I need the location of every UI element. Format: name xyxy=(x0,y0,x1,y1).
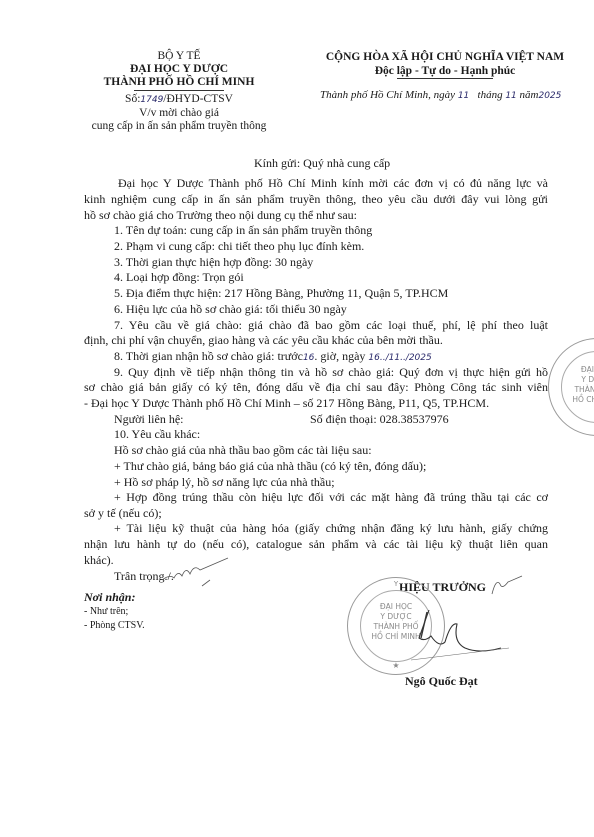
item-6: 6. Hiệu lực của hồ sơ chào giá: tối thiể… xyxy=(114,302,347,317)
item-9-line2: sơ chào giá bản giấy có ký tên, đóng dấu… xyxy=(84,380,548,395)
recipient-2: - Phòng CTSV. xyxy=(84,620,145,631)
initials-signature-icon xyxy=(160,556,230,590)
handwritten-deadline: 16../11../2025 xyxy=(368,353,431,363)
document-number: Số:1749/ĐHYD-CTSV xyxy=(74,93,284,107)
subject-line2: cung cấp in ấn sản phẩm truyền thông xyxy=(74,120,284,133)
national-motto: Độc lập - Tự do - Hạnh phúc xyxy=(300,64,590,78)
ministry-name: BỘ Y TẾ xyxy=(74,50,284,63)
header-right: CỘNG HÒA XÃ HỘI CHỦ NGHĨA VIỆT NAM Độc l… xyxy=(300,50,590,79)
salutation: Kính gửi: Quý nhà cung cấp xyxy=(254,156,390,171)
signer-name: Ngô Quốc Đạt xyxy=(405,674,478,689)
handwritten-signature-icon xyxy=(405,608,515,668)
intro-line1: Đại học Y Dược Thành phố Hồ Chí Minh kín… xyxy=(84,176,548,191)
header-divider xyxy=(134,90,224,91)
recipients-title: Nơi nhận: xyxy=(84,590,135,605)
item-10-d-line3: khác). xyxy=(84,553,114,568)
item-9-line3: - Đại học Y Dược Thành phố Hồ Chí Minh –… xyxy=(84,396,489,411)
handwritten-number: 1749 xyxy=(140,95,163,105)
subject-line1: V/v mời chào giá xyxy=(74,107,284,120)
item-8: 8. Thời gian nhận hồ sơ chào giá: trước1… xyxy=(114,349,432,364)
document-date: Thành phố Hồ Chí Minh, ngày 11 tháng 11 … xyxy=(320,89,561,101)
university-name-line2: THÀNH PHỐ HỒ CHÍ MINH xyxy=(74,76,284,89)
item-10: 10. Yêu cầu khác: xyxy=(114,427,200,442)
item-9-line1: 9. Quy định về tiếp nhận thông tin và hồ… xyxy=(84,365,548,380)
item-10-intro: Hồ sơ chào giá của nhà thầu bao gồm các … xyxy=(114,443,372,458)
item-1: 1. Tên dự toán: cung cấp in ấn sản phẩm … xyxy=(114,223,372,238)
item-10-d-line1: + Tài liệu kỹ thuật của hàng hóa (giấy c… xyxy=(84,521,548,536)
handwritten-hour: 16 xyxy=(303,353,314,363)
item-3: 3. Thời gian thực hiện hợp đồng: 30 ngày xyxy=(114,255,313,270)
item-5: 5. Địa điểm thực hiện: 217 Hồng Bàng, Ph… xyxy=(114,286,448,301)
position-initials-icon xyxy=(488,574,524,598)
university-name-line1: ĐẠI HỌC Y DƯỢC xyxy=(74,63,284,76)
item-10-c-line1: + Hợp đồng trúng thầu còn hiệu lực đối v… xyxy=(84,490,548,505)
motto-underline xyxy=(397,78,493,79)
item-10-a: + Thư chào giá, bảng báo giá của nhà thầ… xyxy=(114,459,426,474)
item-7-line2: định, chi phí vận chuyển, giao hàng và c… xyxy=(84,333,443,348)
contact-label: Người liên hệ: xyxy=(114,412,184,427)
header-left: BỘ Y TẾ ĐẠI HỌC Y DƯỢC THÀNH PHỐ HỒ CHÍ … xyxy=(74,50,284,133)
item-4: 4. Loại hợp đồng: Trọn gói xyxy=(114,270,244,285)
intro-line2: kinh nghiệm cung cấp in ấn sản phẩm truy… xyxy=(84,192,548,207)
item-2: 2. Phạm vi cung cấp: chi tiết theo phụ l… xyxy=(114,239,364,254)
item-10-b: + Hồ sơ pháp lý, hồ sơ năng lực của nhà … xyxy=(114,475,335,490)
recipient-1: - Như trên; xyxy=(84,606,128,617)
item-10-c-line2: sở y tế (nếu có); xyxy=(84,506,162,521)
margin-stamp: ĐẠI HỌC Y DƯỢC THÀNH PHỐ HỒ CHÍ MINH xyxy=(548,338,594,436)
phone-number: Số điện thoại: 028.38537976 xyxy=(310,412,449,427)
country-name: CỘNG HÒA XÃ HỘI CHỦ NGHĨA VIỆT NAM xyxy=(300,50,590,64)
intro-line3: hồ sơ chào giá cho Trường theo nội dung … xyxy=(84,208,357,223)
item-7-line1: 7. Yêu cầu về giá chào: giá chào đã bao … xyxy=(84,318,548,333)
item-10-d-line2: nhận lưu hành tự do (nếu có), catalogue … xyxy=(84,537,548,552)
